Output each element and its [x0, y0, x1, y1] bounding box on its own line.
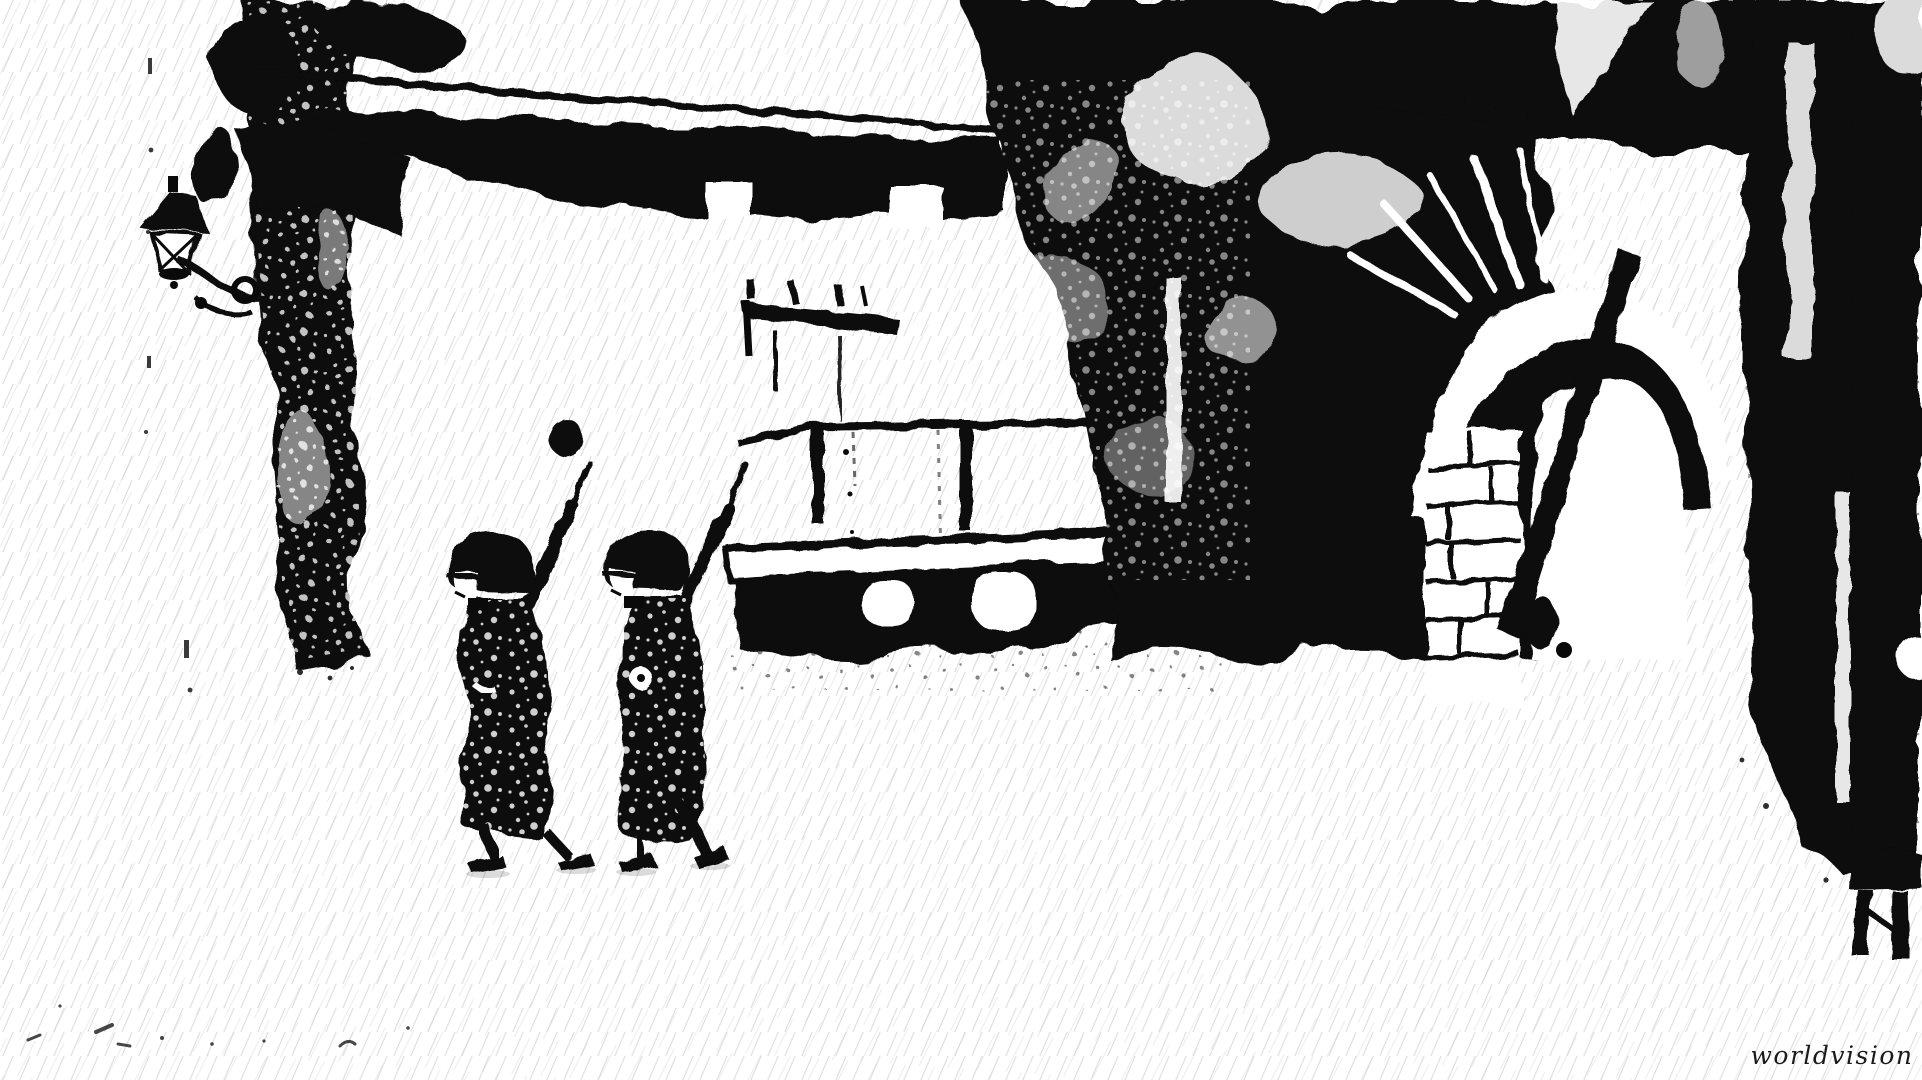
artwork-canvas: worldvision: [0, 0, 1922, 1080]
artist-signature: worldvision: [1751, 1041, 1914, 1070]
brick-pier: [1424, 430, 1522, 705]
